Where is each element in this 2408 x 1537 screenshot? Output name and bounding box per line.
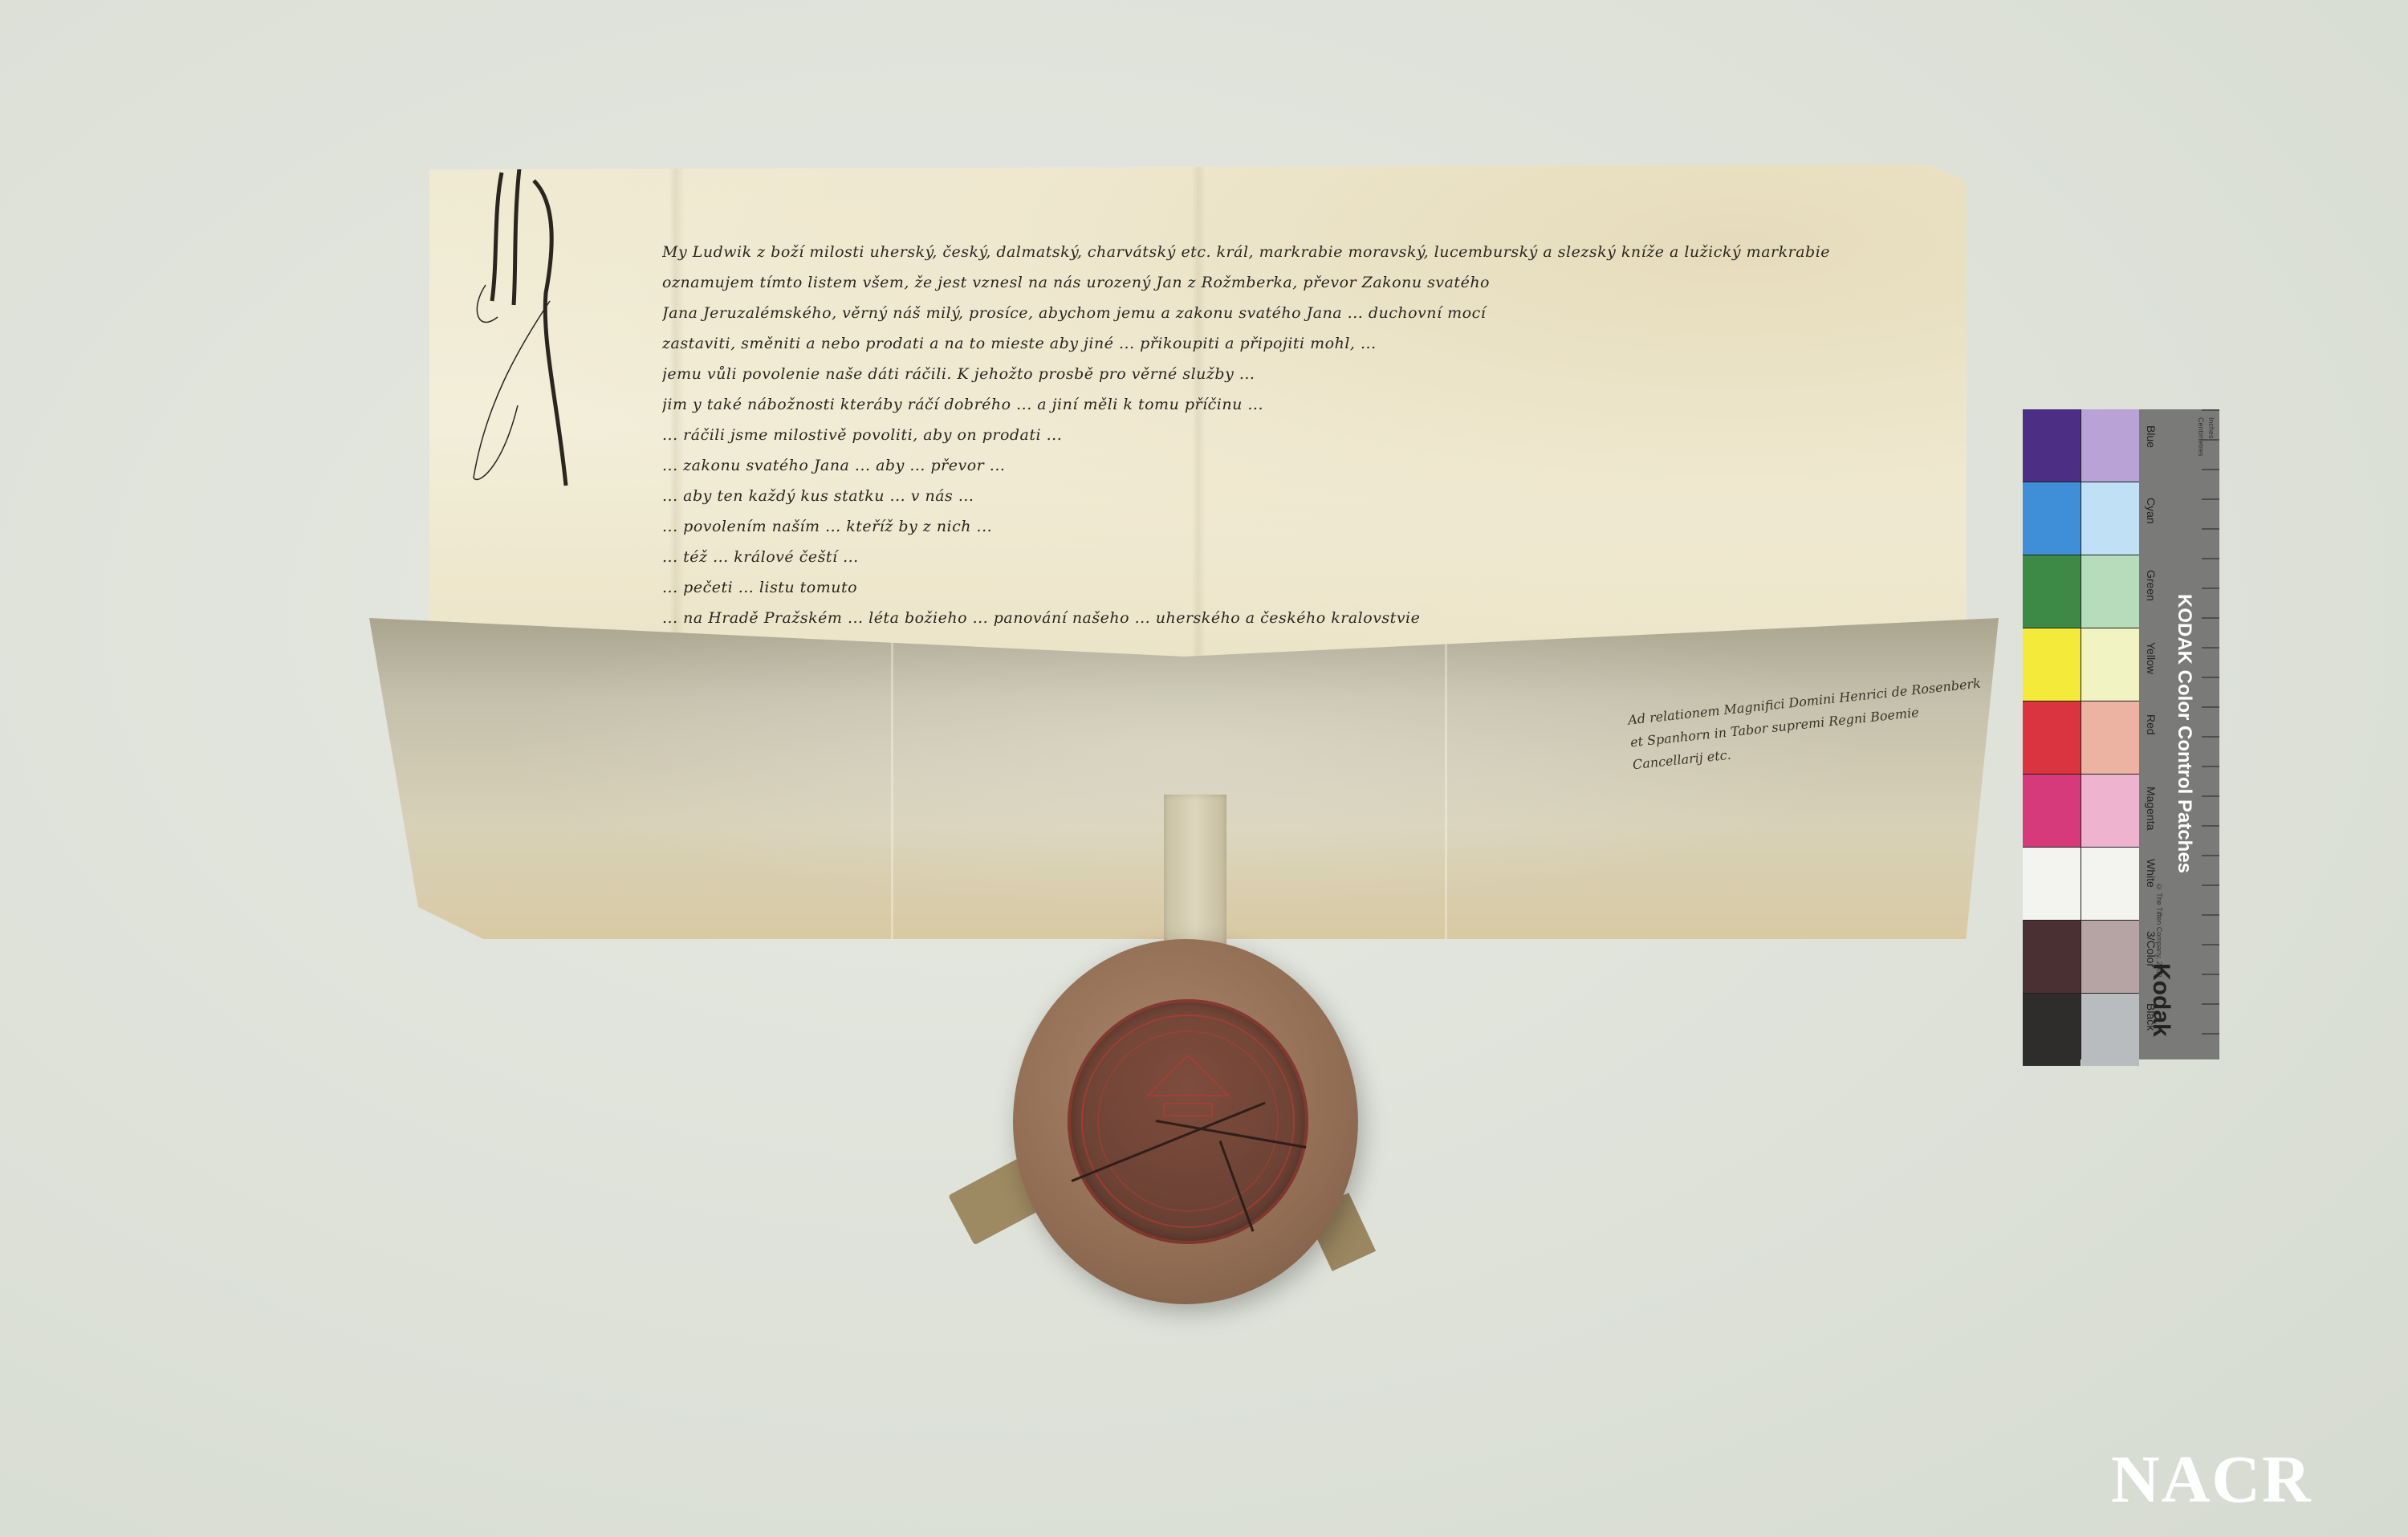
label-black: Black [2145,1003,2158,1031]
fold-crease [891,618,893,939]
seal-emblem-icon [1068,999,1308,1244]
units-centimetres: Centimetres [2197,417,2205,457]
label-magenta: Magenta [2145,787,2158,830]
patch-cyan-light [2081,482,2139,555]
patch-yellow-dark [2023,628,2081,701]
patch-blue-light [2081,409,2139,482]
text-line: ... zakonu svatého Jana ... aby ... přev… [662,450,1914,481]
charter-text: My Ludwik z boží milosti uherský, český,… [662,237,1914,633]
patch-white-dark [2023,848,2081,920]
text-line: jemu vůli povolenie naše dáti ráčili. K … [662,359,1914,389]
text-line: oznamujem tímto listem všem, že jest vzn… [662,267,1914,298]
card-title: KODAK Color Control Patches [2173,594,2195,873]
text-line: ... na Hradě Pražském ... léta božieho .… [662,603,1914,633]
patch-3color-dark [2023,921,2081,993]
archive-watermark: NACR [2111,1441,2312,1519]
patch-green-dark [2023,555,2081,628]
text-line: ... též ... králové čeští ... [662,542,1914,572]
label-cyan: Cyan [2145,498,2158,524]
label-3color: 3/Color [2145,931,2158,967]
archival-photograph: My Ludwik z boží milosti uherský, český,… [0,0,2408,1537]
label-white: White [2145,859,2158,888]
patch-red-dark [2023,701,2081,774]
label-red: Red [2145,714,2158,735]
text-line: zastaviti, směniti a nebo prodati a na t… [662,328,1914,359]
label-green: Green [2145,570,2158,601]
patch-cyan-dark [2023,482,2081,555]
text-line: ... pečeti ... listu tomuto [662,572,1914,603]
patch-3color-light [2081,921,2139,993]
patch-white-light [2081,848,2139,920]
units-inches: Inches [2207,417,2215,439]
kodak-color-control-card: Centimetres Inches KODAK Color Control P… [2023,409,2219,1059]
fold-crease [1445,618,1447,939]
parchment-sheet: My Ludwik z boží milosti uherský, český,… [429,165,1967,678]
text-line: jim y také nábožnosti kteráby ráčí dobré… [662,389,1914,420]
text-line: ... ráčili jsme milostivě povoliti, aby … [662,420,1914,450]
label-blue: Blue [2145,425,2158,448]
text-line: My Ludwik z boží milosti uherský, český,… [662,237,1914,267]
seal-strap [1164,795,1226,947]
ruler-ticks [2202,409,2219,1059]
color-patches [2023,409,2139,1059]
patch-red-light [2081,701,2139,774]
text-line: ... povolením naším ... kteříž by z nich… [662,511,1914,542]
text-line: Jana Jeruzalémského, věrný náš milý, pro… [662,298,1914,328]
label-yellow: Yellow [2145,642,2158,674]
patch-blue-dark [2023,409,2081,482]
patch-magenta-light [2081,775,2139,847]
patch-green-light [2081,555,2139,628]
patch-yellow-light [2081,628,2139,701]
text-line: ... aby ten každý kus statku ... v nás .… [662,481,1914,511]
patch-black-light [2081,994,2139,1066]
wax-seal-impression [1068,999,1308,1244]
patch-black-dark [2023,994,2081,1066]
patch-magenta-dark [2023,775,2081,847]
decorated-initial-m-icon [470,165,606,502]
